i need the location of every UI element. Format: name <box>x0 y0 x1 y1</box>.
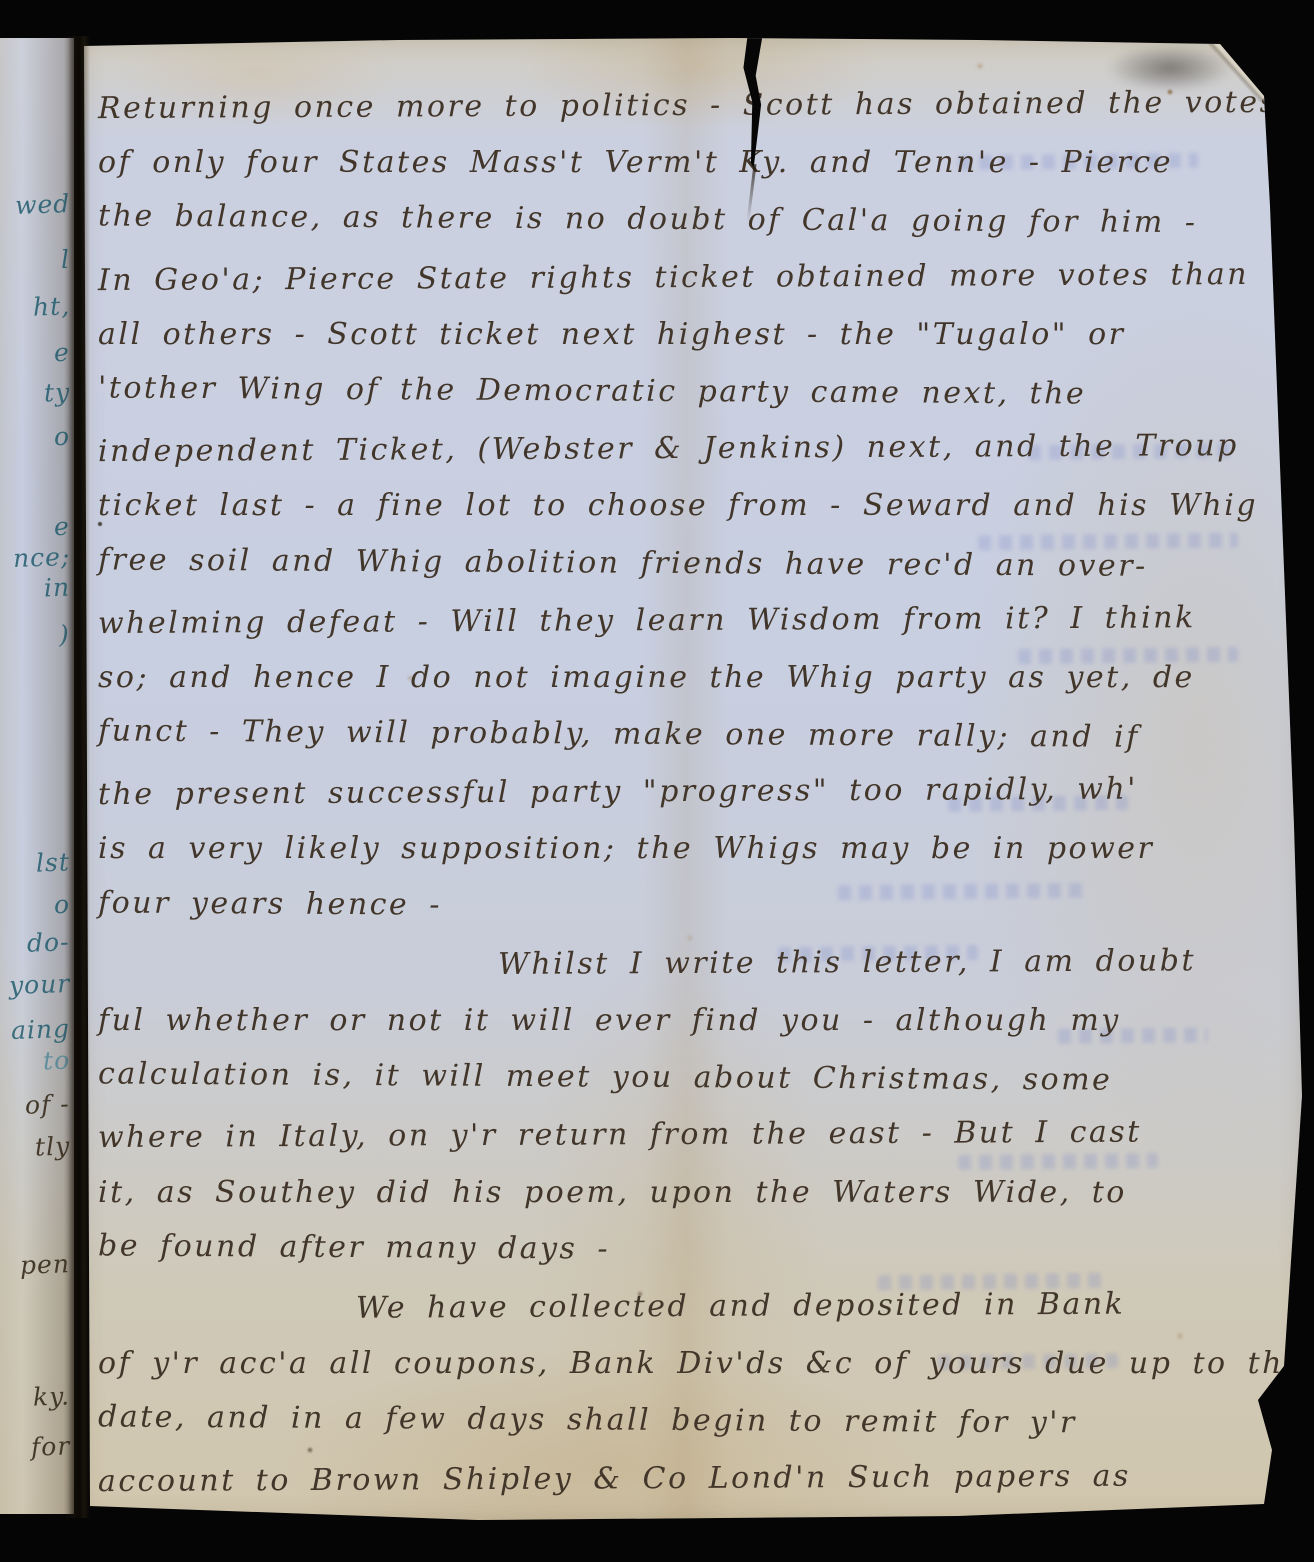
letter-line: independent Ticket, (Webster & Jenkins) … <box>98 428 1268 491</box>
letter-line: funct - They will probably, make one mor… <box>98 713 1268 777</box>
adjacent-page-edge: wed l ht, e ty o e nce; in ) lst o do- y… <box>0 38 74 1514</box>
letter-line: Whilst I write this letter, I am doubt <box>98 943 1268 1006</box>
letter-line: We have collected and deposited in Bank <box>98 1286 1268 1349</box>
letter-line: all others - Scott ticket next highest -… <box>98 317 1268 374</box>
letter-line: calculation is, it will meet you about C… <box>98 1057 1268 1121</box>
letter-page: Returning once more to politics - Scott … <box>78 36 1306 1522</box>
adjacent-page-text-fragment: nce; <box>12 542 70 573</box>
letter-line: it, as Southey did his poem, upon the Wa… <box>98 1175 1268 1232</box>
letter-line: Returning once more to politics - Scott … <box>98 85 1268 148</box>
letter-line: account to Brown Shipley & Co Lond'n Suc… <box>98 1457 1268 1520</box>
adjacent-page-text-fragment: your <box>8 969 70 1000</box>
letter-line: In Geo'a; Pierce State rights ticket obt… <box>98 256 1268 319</box>
letter-line: the balance, as there is no doubt of Cal… <box>98 199 1268 263</box>
letter-line: free soil and Whig abolition friends hav… <box>98 542 1268 606</box>
adjacent-page-text-fragment: wed <box>14 189 70 220</box>
letter-line: of y'r acc'a all coupons, Bank Div'ds &c… <box>98 1346 1268 1403</box>
letter-line: so; and hence I do not imagine the Whig … <box>98 660 1268 717</box>
letter-line: where in Italy, on y'r return from the e… <box>98 1114 1268 1177</box>
ink-smudge <box>1106 44 1234 92</box>
letter-line: ticket last - a fine lot to choose from … <box>98 488 1268 545</box>
letter-line: four years hence - <box>98 885 1268 949</box>
letter-line: is a very likely supposition; the Whigs … <box>98 831 1268 888</box>
letter-line: ful whether or not it will ever find you… <box>98 1003 1268 1060</box>
letter-line: the present successful party "progress" … <box>98 771 1268 834</box>
letter-line: of only four States Mass't Verm't Ky. an… <box>98 145 1268 202</box>
page-gutter-fold <box>64 36 90 1518</box>
adjacent-page-text-fragment: aing <box>10 1014 70 1045</box>
letter-body: Returning once more to politics - Scott … <box>98 88 1268 1518</box>
letter-line: be found after many days - <box>98 1228 1268 1292</box>
letter-line: 'tother Wing of the Democratic party cam… <box>98 370 1268 434</box>
letter-line: date, and in a few days shall begin to r… <box>98 1400 1268 1464</box>
scanned-letter-document: wed l ht, e ty o e nce; in ) lst o do- y… <box>0 0 1314 1562</box>
letter-line: whelming defeat - Will they learn Wisdom… <box>98 600 1268 663</box>
adjacent-page-text-fragment: pen <box>20 1249 71 1280</box>
